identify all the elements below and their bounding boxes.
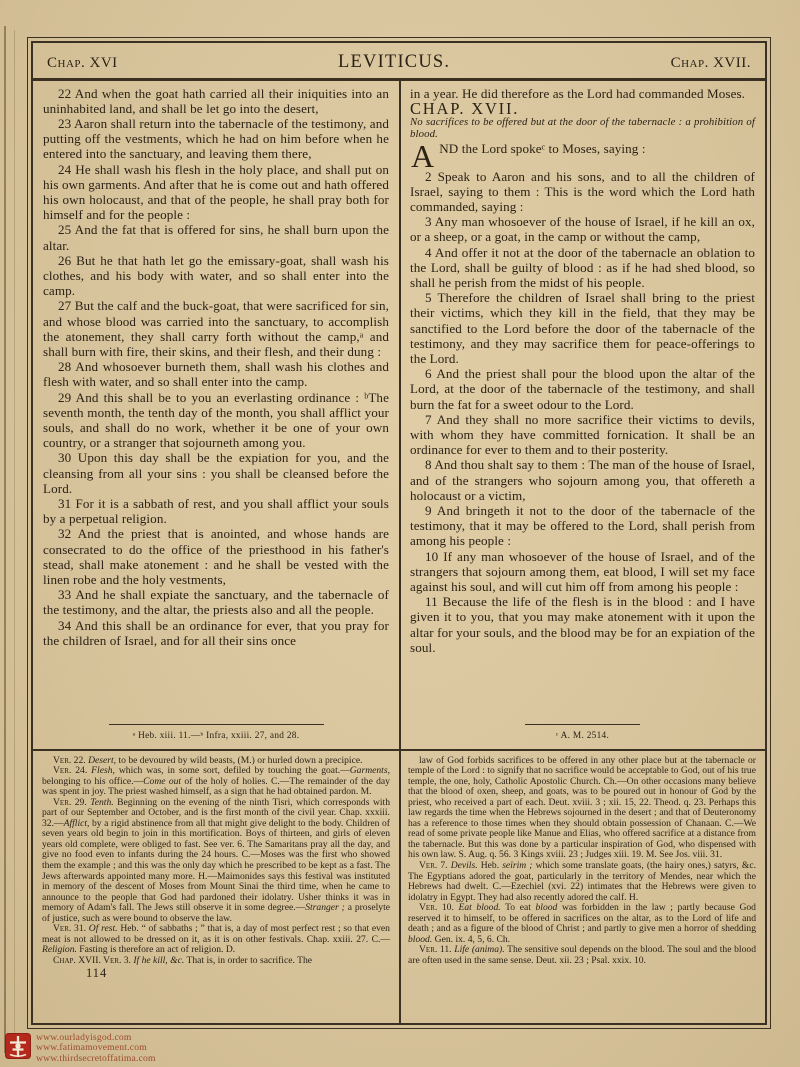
verse: 6 And the priest shall pour the blood up… bbox=[410, 366, 755, 412]
watermark: www.ourladyisgod.com www.fatimamovement.… bbox=[5, 1033, 156, 1064]
verse: 3 Any man whosoever of the house of Isra… bbox=[410, 214, 755, 244]
scan-page-edge-inner bbox=[14, 30, 15, 1037]
text-segment: blood. bbox=[408, 934, 432, 945]
commentary-paragraph: Ver. 11. Life (anima). The sensitive sou… bbox=[408, 945, 756, 966]
commentary-paragraph: Ver. 7. Devils. Heb. seïrim ; which some… bbox=[408, 861, 756, 903]
commentary-paragraph: law of God forbids sacrifices to be offe… bbox=[408, 756, 756, 861]
book-title: LEVITICUS. bbox=[338, 52, 450, 73]
commentary-paragraph: Ver. 10. Eat blood. To eat blood was for… bbox=[408, 903, 756, 945]
text-segment: Stranger ; bbox=[305, 902, 345, 913]
text-segment: Afflict, bbox=[64, 818, 90, 829]
text-segment: Fasting is therefore an act of religion.… bbox=[77, 944, 235, 955]
text-segment: Ver. 11. bbox=[419, 944, 452, 955]
drop-cap: A bbox=[410, 141, 439, 169]
verse: 26 But he that hath let go the emissary-… bbox=[43, 253, 389, 299]
page-frame: Chap. XVI LEVITICUS. Chap. XVII. 22 And … bbox=[27, 37, 771, 1029]
text-segment: Ver. 24. bbox=[53, 765, 87, 776]
text-segment: Tenth. bbox=[90, 797, 113, 808]
verse: 7 And they shall no more sacrifice their… bbox=[410, 412, 755, 458]
verse: 8 And thou shalt say to them : The man o… bbox=[410, 457, 755, 503]
footnote-ref-line: ᵃ Heb. xiii. 11.—ᵇ Infra, xxiii. 27, and… bbox=[43, 729, 389, 744]
footnote-refs-left: ᵃ Heb. xiii. 11.—ᵇ Infra, xxiii. 27, and… bbox=[43, 720, 389, 749]
verse-column-right: in a year. He did therefore as the Lord … bbox=[399, 81, 765, 749]
chapter-argument: No sacrifices to be offered but at the d… bbox=[410, 116, 755, 141]
commentary-list-right: law of God forbids sacrifices to be offe… bbox=[408, 756, 756, 967]
text-segment: which was, in some sort, defiled by touc… bbox=[115, 765, 350, 776]
chapter-ref-right: Chap. XVII. bbox=[671, 55, 751, 72]
text-segment: Desert, bbox=[88, 755, 116, 766]
verse-column-left: 22 And when the goat hath carried all th… bbox=[33, 81, 399, 749]
column-divider bbox=[399, 81, 401, 1024]
text-segment: Life (anima). bbox=[454, 944, 504, 955]
verse: 32 And the priest that is anointed, and … bbox=[43, 526, 389, 587]
text-segment: Ver. 29. bbox=[53, 797, 87, 808]
text-segment: Garments, bbox=[350, 765, 390, 776]
verse: 9 And bringeth it not to the door of the… bbox=[410, 503, 755, 549]
verse: 33 And he shall expiate the sanctuary, a… bbox=[43, 587, 389, 617]
text-segment: Ver. 10. bbox=[419, 902, 454, 913]
text-segment: Devils. bbox=[451, 860, 478, 871]
text-segment: Come out bbox=[143, 776, 181, 787]
text-segment: by a rigid abstinence from all that migh… bbox=[42, 818, 390, 913]
footnote-refs-right: ᶜ A. M. 2514. bbox=[410, 720, 755, 749]
verse: 31 For it is a sabbath of rest, and you … bbox=[43, 496, 389, 526]
footnote-ref-rule bbox=[109, 724, 324, 726]
commentary-column-left: Ver. 22. Desert, to be devoured by wild … bbox=[33, 751, 399, 1024]
commentary-paragraph: Ver. 29. Tenth. Beginning on the evening… bbox=[42, 798, 390, 925]
chapter-heading: CHAP. XVII. bbox=[410, 101, 755, 116]
commentary-column-right: law of God forbids sacrifices to be offe… bbox=[399, 751, 765, 1024]
verse-list-left: 22 And when the goat hath carried all th… bbox=[43, 86, 389, 649]
verse: 27 But the calf and the buck-goat, that … bbox=[43, 298, 389, 359]
verse: 5 Therefore the children of Israel shall… bbox=[410, 290, 755, 366]
verse: 10 If any man whosoever of the house of … bbox=[410, 549, 755, 595]
page-header: Chap. XVI LEVITICUS. Chap. XVII. bbox=[33, 43, 765, 76]
verse-list-right: 2 Speak to Aaron and his sons, and to al… bbox=[410, 169, 755, 656]
watermark-link: www.thirdsecretoffatima.com bbox=[36, 1054, 156, 1064]
text-segment: Heb. bbox=[478, 860, 503, 871]
commentary-list-left: Ver. 22. Desert, to be devoured by wild … bbox=[42, 756, 390, 967]
watermark-links: www.ourladyisgod.com www.fatimamovement.… bbox=[36, 1033, 156, 1064]
text-segment: Of rest. bbox=[89, 923, 118, 934]
text-segment: If he kill, &c. bbox=[133, 955, 184, 966]
text-segment: Ver. 31. bbox=[53, 923, 86, 934]
text-segment: That is, in order to sacrifice. The bbox=[184, 955, 312, 966]
text-segment: Ver. 7. bbox=[419, 860, 448, 871]
text-segment: Flesh, bbox=[91, 765, 115, 776]
text-segment: Eat blood. bbox=[458, 902, 500, 913]
text-segment: Chap. XVII. Ver. 3. bbox=[53, 955, 131, 966]
verse-first: AND the Lord spokeᶜ to Moses, saying : bbox=[410, 141, 755, 169]
text-segment: to be devoured by wild beasts, (M.) or h… bbox=[116, 755, 362, 766]
verse: 11 Because the life of the flesh is in t… bbox=[410, 594, 755, 655]
verse: 30 Upon this day shall be the expiation … bbox=[43, 450, 389, 496]
text-segment: blood bbox=[535, 902, 557, 913]
verse: 22 And when the goat hath carried all th… bbox=[43, 86, 389, 116]
text-segment: To eat bbox=[501, 902, 536, 913]
page-number: 114 bbox=[86, 968, 390, 979]
page-frame-inner: Chap. XVI LEVITICUS. Chap. XVII. 22 And … bbox=[31, 41, 767, 1025]
commentary-paragraph: Ver. 31. Of rest. Heb. “ of sabbaths ; ”… bbox=[42, 924, 390, 956]
commentary-paragraph: Ver. 24. Flesh, which was, in some sort,… bbox=[42, 766, 390, 798]
text-segment: Religion. bbox=[42, 944, 77, 955]
commentary-paragraph: Chap. XVII. Ver. 3. If he kill, &c. That… bbox=[42, 956, 390, 967]
verse: 4 And offer it not at the door of the ta… bbox=[410, 245, 755, 291]
verse: 34 And this shall be an ordinance for ev… bbox=[43, 618, 389, 648]
scan-page-edge bbox=[4, 26, 6, 1053]
verse: 23 Aaron shall return into the tabernacl… bbox=[43, 116, 389, 162]
text-segment: seïrim ; bbox=[502, 860, 532, 871]
watermark-logo-icon bbox=[5, 1033, 31, 1064]
text-segment: law of God forbids sacrifices to be offe… bbox=[408, 755, 756, 861]
verse: 24 He shall wash his flesh in the holy p… bbox=[43, 162, 389, 223]
text-segment: Ver. 22. bbox=[53, 755, 86, 766]
text-segment: Gen. ix. 4, 5, 6. Ch. bbox=[432, 934, 510, 945]
page-content: 22 And when the goat hath carried all th… bbox=[33, 81, 765, 1024]
verse: 29 And this shall be to you an everlasti… bbox=[43, 390, 389, 451]
verse: 2 Speak to Aaron and his sons, and to al… bbox=[410, 169, 755, 215]
verse: 25 And the fat that is offered for sins,… bbox=[43, 222, 389, 252]
verse-first-text: ND the Lord spokeᶜ to Moses, saying : bbox=[439, 141, 645, 156]
footnote-ref-line: ᶜ A. M. 2514. bbox=[410, 729, 755, 744]
footnote-ref-rule bbox=[525, 724, 640, 726]
text-segment: belonging to his office.— bbox=[42, 776, 143, 787]
verse: 28 And whosoever burneth them, shall was… bbox=[43, 359, 389, 389]
chapter-ref-left: Chap. XVI bbox=[47, 55, 118, 72]
